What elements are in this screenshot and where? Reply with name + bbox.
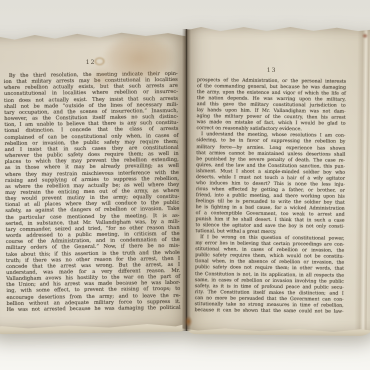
book-gutter: [182, 29, 191, 331]
text-line: because it can be shown that the same co…: [195, 308, 344, 316]
book-page-left: 12 By the third resolution, the meeting …: [0, 31, 190, 329]
photo-background: 12 By the third resolution, the meeting …: [0, 0, 370, 370]
page-number-right: 13: [197, 66, 346, 75]
book-page-right: 13 prospects of the Administration, or t…: [182, 25, 370, 333]
binding-stitch: [184, 315, 193, 328]
open-book: 12 By the third resolution, the meeting …: [0, 24, 370, 342]
page-text-right: prospects of the Administration, or the …: [195, 78, 346, 315]
page-fore-edge: [354, 27, 369, 333]
page-number-left: 12: [4, 58, 178, 67]
corner-mark: [361, 33, 368, 39]
text-line: He was not arrested because he was damag…: [7, 305, 181, 313]
page-text-left: By the third resolution, the meeting ind…: [4, 71, 181, 313]
